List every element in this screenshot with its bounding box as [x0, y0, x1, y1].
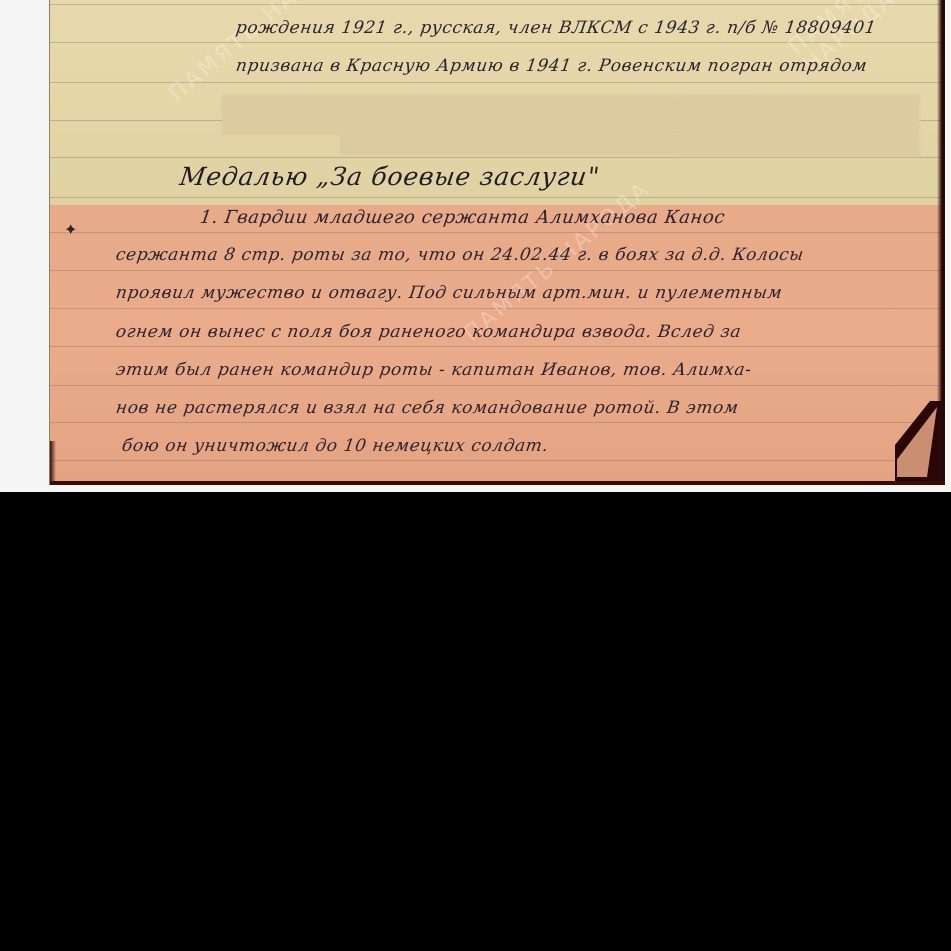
- paper-rule: [50, 157, 945, 158]
- redaction-block: [222, 95, 752, 135]
- redaction-block: [680, 95, 920, 157]
- paper-rule: [50, 197, 945, 198]
- paper-rule: [50, 42, 945, 43]
- paper-rule: [50, 82, 945, 83]
- citation-line: проявил мужество и отвагу. Под сильным а…: [115, 283, 784, 303]
- paper-rule: [50, 270, 945, 271]
- edge-shadow: [50, 481, 945, 485]
- paper-rule: [50, 232, 945, 233]
- citation-line: нов не растерялся и взял на себя командо…: [115, 398, 740, 418]
- citation-line: этим был ранен командир роты - капитан И…: [115, 360, 753, 380]
- empty-black-area: [0, 492, 951, 951]
- award-heading: Медалью „За боевые заслуги": [178, 162, 602, 191]
- handwritten-line: рождения 1921 г., русская, член ВЛКСМ с …: [235, 18, 878, 38]
- paper-rule: [50, 308, 945, 309]
- citation-line: бою он уничтожил до 10 немецких солдат.: [121, 436, 550, 456]
- paper-rule: [50, 4, 945, 5]
- scanned-document: ПАМЯТЬ НАРОДА ПАМЯТЬ НАРОДА ПАМЯТЬ НАРОД…: [49, 0, 945, 485]
- paper-rule: [50, 346, 945, 347]
- bullet-mark-icon: ✦: [64, 220, 77, 239]
- citation-line: огнем он вынес с поля боя раненого коман…: [115, 322, 743, 342]
- paper-rule: [50, 422, 945, 423]
- paper-rule: [50, 460, 945, 461]
- paper-rule: [50, 385, 945, 386]
- citation-line: 1. Гвардии младшего сержанта Алимхановa …: [199, 207, 727, 228]
- handwritten-line: призвана в Красную Армию в 1941 г. Ровен…: [235, 56, 869, 76]
- edge-shadow: [50, 441, 56, 481]
- redaction-block: [340, 133, 720, 155]
- edge-shadow: [937, 0, 945, 485]
- document-viewer: ПАМЯТЬ НАРОДА ПАМЯТЬ НАРОДА ПАМЯТЬ НАРОД…: [0, 0, 951, 492]
- citation-line: сержанта 8 стр. роты за то, что он 24.02…: [115, 245, 806, 265]
